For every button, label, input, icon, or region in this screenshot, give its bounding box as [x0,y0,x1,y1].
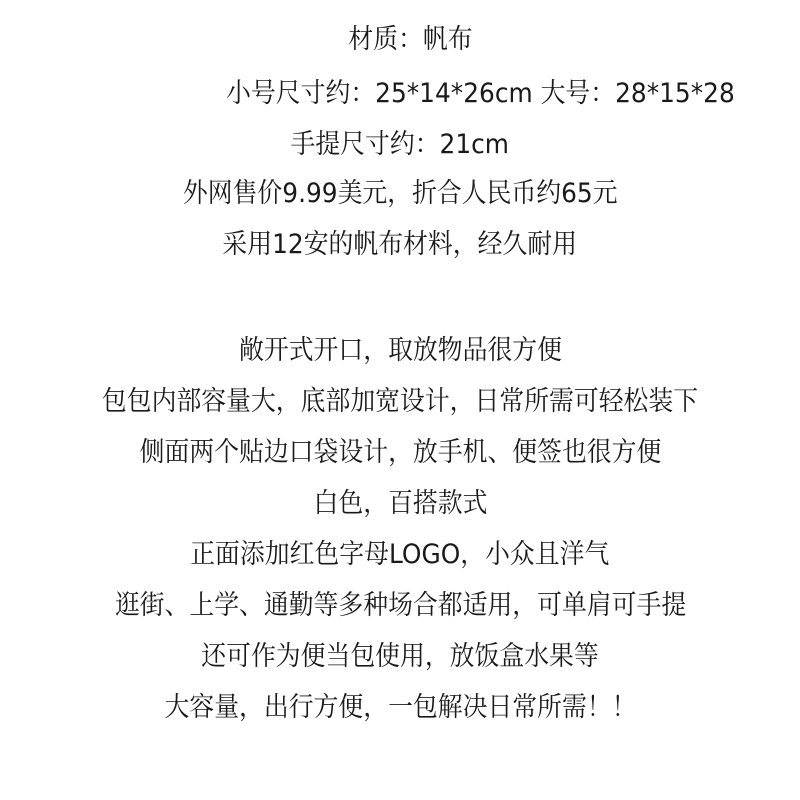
occasions-line: 逛街、上学、通勤等多种场合都适用，可单肩可手提 [0,586,800,626]
handle-size-line: 手提尺寸约：21cm [0,125,800,165]
handle-size-text: 手提尺寸约：21cm [291,125,510,165]
size-line: 小号尺寸约：25*14*26cm 大号：28*15*28 [80,74,800,114]
capacity-text: 包包内部容量大，底部加宽设计，日常所需可轻松装下 [102,382,698,422]
fabric-line: 采用12安的帆布材料，经久耐用 [0,225,800,265]
opening-text: 敞开式开口，取放物品很方便 [239,331,562,371]
pockets-text: 侧面两个贴边口袋设计，放手机、便签也很方便 [139,433,661,473]
material-line: 材质：帆布 [10,20,800,60]
lunch-bag-line: 还可作为便当包使用，放饭盒水果等 [0,637,800,677]
summary-line: 大容量，出行方便，一包解决日常所需！！ [0,688,800,728]
color-text: 白色，百搭款式 [313,484,487,524]
fabric-text: 采用12安的帆布材料，经久耐用 [223,225,578,265]
pockets-line: 侧面两个贴边口袋设计，放手机、便签也很方便 [0,433,800,473]
material-text: 材质：帆布 [348,20,472,60]
size-text: 小号尺寸约：25*14*26cm 大号：28*15*28 [226,74,735,114]
color-line: 白色，百搭款式 [0,484,800,524]
logo-line: 正面添加红色字母LOGO，小众且洋气 [0,535,800,575]
price-line: 外网售价9.99美元，折合人民币约65元 [0,174,800,214]
lunch-bag-text: 还可作为便当包使用，放饭盒水果等 [201,637,598,677]
logo-text: 正面添加红色字母LOGO，小众且洋气 [190,535,609,575]
summary-text: 大容量，出行方便，一包解决日常所需！！ [164,688,636,728]
capacity-line: 包包内部容量大，底部加宽设计，日常所需可轻松装下 [0,382,800,422]
occasions-text: 逛街、上学、通勤等多种场合都适用，可单肩可手提 [114,586,685,626]
opening-line: 敞开式开口，取放物品很方便 [0,331,800,371]
price-text: 外网售价9.99美元，折合人民币约65元 [183,174,618,214]
